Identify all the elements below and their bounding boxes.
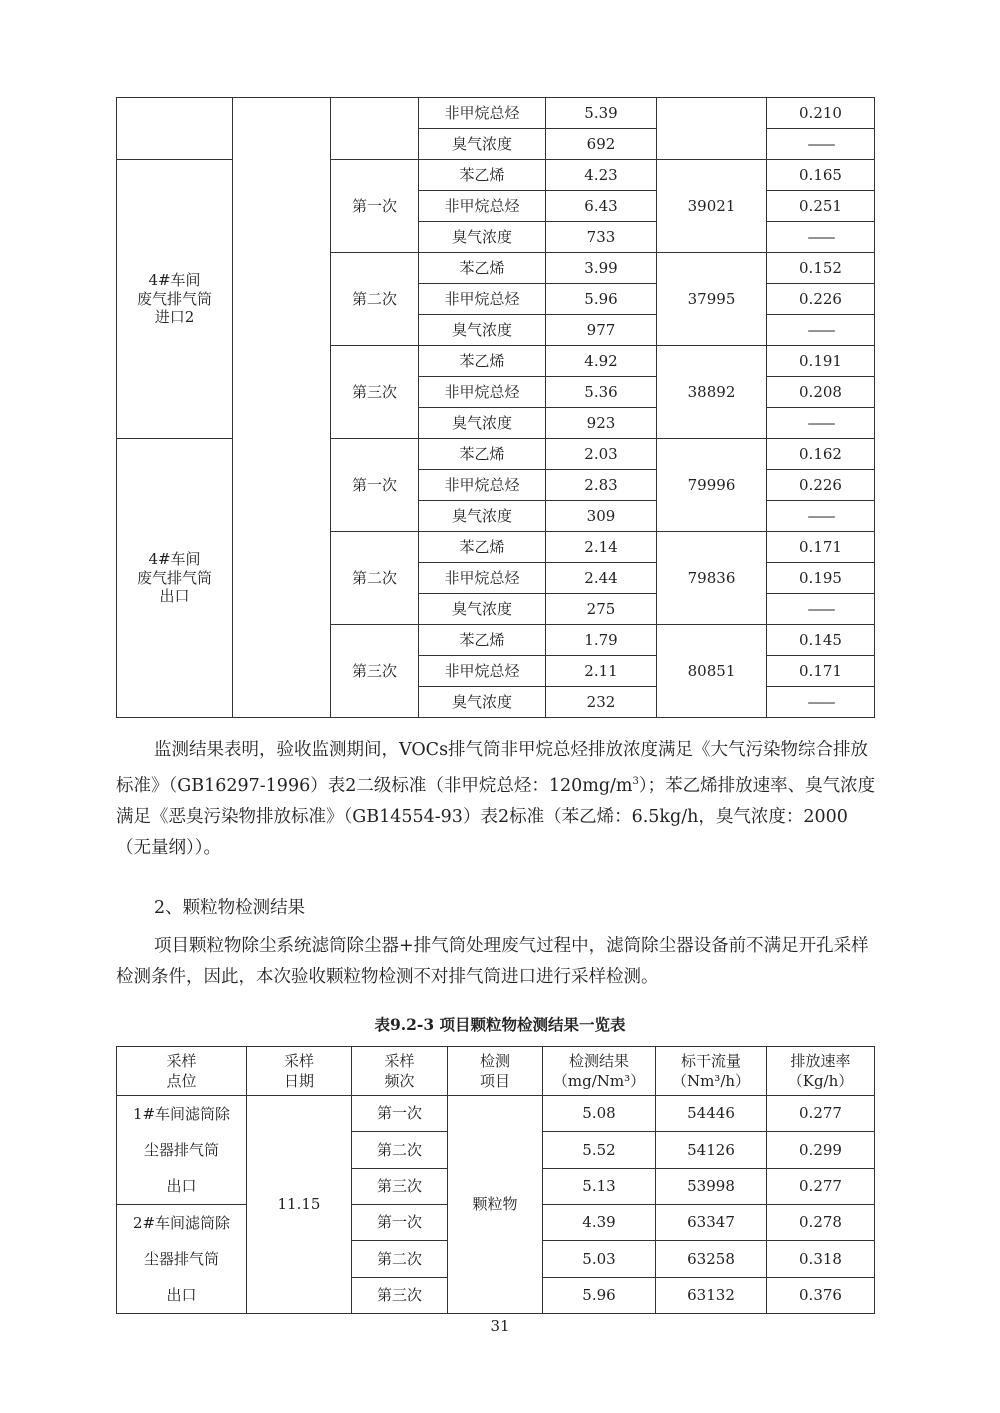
item-cell: 苯乙烯 [419, 253, 546, 284]
flow-cell: 79996 [657, 439, 767, 532]
table-row: 1#车间滤筒除尘器排气筒出口11.15第一次颗粒物5.08544460.277 [117, 1096, 875, 1132]
rate-cell: —— [767, 222, 875, 253]
location-cell: 2#车间滤筒除尘器排气筒出口 [117, 1205, 247, 1314]
header-rate: 排放速率（Kg/h） [767, 1047, 875, 1096]
rate-cell: 0.171 [767, 656, 875, 687]
concentration-cell: 2.44 [546, 563, 657, 594]
particulate-results-table: 采样点位采样日期采样频次检测项目检测结果（mg/Nm³）标干流量（Nm³/h）排… [116, 1046, 875, 1314]
concentration-cell: 2.14 [546, 532, 657, 563]
concentration-cell: 977 [546, 315, 657, 346]
item-cell: 臭气浓度 [419, 222, 546, 253]
item-cell: 苯乙烯 [419, 532, 546, 563]
table-row: 4#车间废气排气筒进口2第一次苯乙烯4.23390210.165 [117, 160, 875, 191]
page-number: 31 [0, 1317, 1000, 1335]
run-cell: 第一次 [352, 1096, 448, 1132]
rate-cell: 0.226 [767, 470, 875, 501]
flow-cell: 54126 [656, 1132, 767, 1168]
table-caption: 表9.2-3 项目颗粒物检测结果一览表 [0, 1013, 1000, 1035]
rate-cell: —— [767, 129, 875, 160]
run-cell: 第三次 [352, 1168, 448, 1204]
result-cell: 5.03 [543, 1241, 656, 1277]
concentration-cell: 2.83 [546, 470, 657, 501]
rate-cell: —— [767, 687, 875, 718]
run-cell: 第一次 [352, 1205, 448, 1241]
concentration-cell: 923 [546, 408, 657, 439]
concentration-cell: 3.99 [546, 253, 657, 284]
run-cell: 第一次 [331, 439, 419, 532]
date-cell: 11.15 [247, 1096, 352, 1314]
location-cell: 4#车间废气排气筒进口2 [117, 160, 233, 439]
rate-cell: —— [767, 501, 875, 532]
concentration-cell: 309 [546, 501, 657, 532]
flow-cell: 54446 [656, 1096, 767, 1132]
result-cell: 5.52 [543, 1132, 656, 1168]
header-location: 采样点位 [117, 1047, 247, 1096]
result-cell: 5.08 [543, 1096, 656, 1132]
rate-cell: 0.191 [767, 346, 875, 377]
concentration-cell: 2.11 [546, 656, 657, 687]
concentration-cell: 232 [546, 687, 657, 718]
concentration-cell: 5.96 [546, 284, 657, 315]
rate-cell: 0.318 [767, 1241, 875, 1277]
flow-cell: 63132 [656, 1277, 767, 1313]
item-cell: 臭气浓度 [419, 129, 546, 160]
flow-cell: 39021 [657, 160, 767, 253]
concentration-cell: 5.39 [546, 98, 657, 129]
flow-cell: 80851 [657, 625, 767, 718]
flow-cell: 63258 [656, 1241, 767, 1277]
rate-cell: 0.299 [767, 1132, 875, 1168]
flow-cell: 79836 [657, 532, 767, 625]
rate-cell: —— [767, 408, 875, 439]
table-row: 4#车间废气排气筒出口第一次苯乙烯2.03799960.162 [117, 439, 875, 470]
rate-cell: 0.376 [767, 1277, 875, 1313]
run-cell: 第二次 [331, 532, 419, 625]
concentration-cell: 4.23 [546, 160, 657, 191]
item-cell: 非甲烷总烃 [419, 563, 546, 594]
item-cell: 臭气浓度 [419, 594, 546, 625]
result-cell: 4.39 [543, 1205, 656, 1241]
concentration-cell: 692 [546, 129, 657, 160]
rate-cell: 0.278 [767, 1205, 875, 1241]
rate-cell: 0.208 [767, 377, 875, 408]
rate-cell: 0.152 [767, 253, 875, 284]
run-cell: 第二次 [331, 253, 419, 346]
item-cell: 苯乙烯 [419, 439, 546, 470]
run-cell: 第三次 [331, 625, 419, 718]
run-cell: 第一次 [331, 160, 419, 253]
location-cell: 1#车间滤筒除尘器排气筒出口 [117, 1096, 247, 1205]
concentration-cell: 275 [546, 594, 657, 625]
header-run: 采样频次 [352, 1047, 448, 1096]
item-cell: 苯乙烯 [419, 160, 546, 191]
run-cell: 第二次 [352, 1241, 448, 1277]
run-cell: 第三次 [352, 1277, 448, 1313]
item-cell: 苯乙烯 [419, 625, 546, 656]
rate-cell: 0.171 [767, 532, 875, 563]
rate-cell: 0.195 [767, 563, 875, 594]
run-cell [331, 98, 419, 160]
item-cell: 非甲烷总烃 [419, 284, 546, 315]
header-flow: 标干流量（Nm³/h） [656, 1047, 767, 1096]
run-cell: 第三次 [331, 346, 419, 439]
voc-results-table: 非甲烷总烃5.390.210臭气浓度692——4#车间废气排气筒进口2第一次苯乙… [116, 97, 875, 718]
concentration-cell: 4.92 [546, 346, 657, 377]
concentration-cell: 6.43 [546, 191, 657, 222]
flow-cell: 38892 [657, 346, 767, 439]
result-cell: 5.13 [543, 1168, 656, 1204]
run-cell: 第二次 [352, 1132, 448, 1168]
item-cell: 苯乙烯 [419, 346, 546, 377]
header-row: 采样点位采样日期采样频次检测项目检测结果（mg/Nm³）标干流量（Nm³/h）排… [117, 1047, 875, 1096]
item-cell: 非甲烷总烃 [419, 470, 546, 501]
flow-cell [657, 98, 767, 160]
flow-cell: 37995 [657, 253, 767, 346]
item-cell: 非甲烷总烃 [419, 656, 546, 687]
flow-cell: 53998 [656, 1168, 767, 1204]
rate-cell: 0.162 [767, 439, 875, 470]
result-cell: 5.96 [543, 1277, 656, 1313]
rate-cell: 0.277 [767, 1168, 875, 1204]
rate-cell: 0.226 [767, 284, 875, 315]
item-cell: 非甲烷总烃 [419, 377, 546, 408]
header-result: 检测结果（mg/Nm³） [543, 1047, 656, 1096]
section-heading: 2、颗粒物检测结果 [116, 893, 876, 924]
flow-cell: 63347 [656, 1205, 767, 1241]
concentration-cell: 2.03 [546, 439, 657, 470]
date-cell [233, 98, 331, 718]
table-row: 非甲烷总烃5.390.210 [117, 98, 875, 129]
rate-cell: 0.165 [767, 160, 875, 191]
item-cell: 非甲烷总烃 [419, 98, 546, 129]
item-cell: 臭气浓度 [419, 315, 546, 346]
concentration-cell: 5.36 [546, 377, 657, 408]
location-cell [117, 98, 233, 160]
rate-cell: 0.251 [767, 191, 875, 222]
rate-cell: —— [767, 315, 875, 346]
rate-cell: —— [767, 594, 875, 625]
rate-cell: 0.277 [767, 1096, 875, 1132]
conclusion-paragraph: 监测结果表明，验收监测期间，VOCs排气筒非甲烷总烃排放浓度满足《大气污染物综合… [116, 735, 876, 864]
concentration-cell: 1.79 [546, 625, 657, 656]
concentration-cell: 733 [546, 222, 657, 253]
header-date: 采样日期 [247, 1047, 352, 1096]
header-item: 检测项目 [448, 1047, 543, 1096]
item-cell: 非甲烷总烃 [419, 191, 546, 222]
rate-cell: 0.210 [767, 98, 875, 129]
item-cell: 颗粒物 [448, 1096, 543, 1314]
item-cell: 臭气浓度 [419, 501, 546, 532]
rate-cell: 0.145 [767, 625, 875, 656]
location-cell: 4#车间废气排气筒出口 [117, 439, 233, 718]
item-cell: 臭气浓度 [419, 408, 546, 439]
particulate-paragraph: 项目颗粒物除尘系统滤筒除尘器+排气筒处理废气过程中，滤筒除尘器设备前不满足开孔采… [116, 931, 876, 993]
item-cell: 臭气浓度 [419, 687, 546, 718]
